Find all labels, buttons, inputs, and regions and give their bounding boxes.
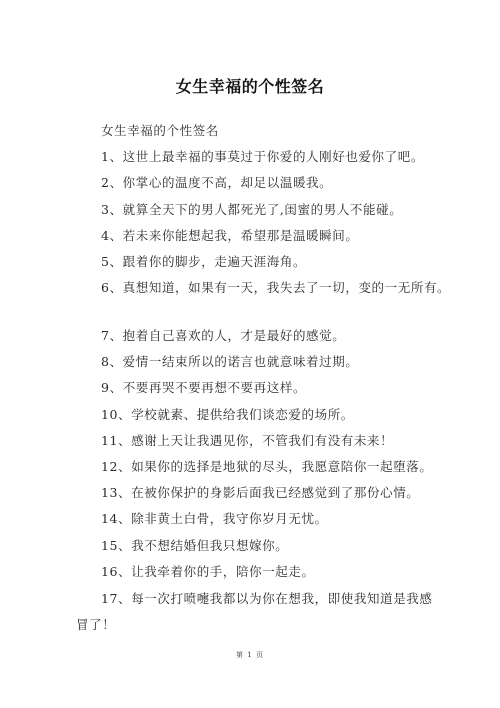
list-item: 2、你掌心的温度不高，却足以温暖我。 <box>101 173 332 191</box>
list-item: 14、除非黄土白骨，我守你岁月无忧。 <box>101 509 328 527</box>
document-title: 女生幸福的个性签名 <box>0 74 500 97</box>
document-page: 女生幸福的个性签名 女生幸福的个性签名 1、这世上最幸福的事莫过于你爱的人刚好也… <box>0 0 500 708</box>
list-item: 7、抱着自己喜欢的人，才是最好的感觉。 <box>101 326 345 344</box>
list-item: 4、若未来你能想起我，希望那是温暖瞬间。 <box>101 226 358 244</box>
list-item: 12、如果你的选择是地狱的尽头，我愿意陪你一起堕落。 <box>101 457 433 475</box>
list-item: 5、跟着你的脚步，走遍天涯海角。 <box>101 252 306 270</box>
list-item: 3、就算全天下的男人都死光了,闺蜜的男人不能碰。 <box>101 200 402 218</box>
list-item: 10、学校就素、提供给我们谈恋爱的场所。 <box>101 405 354 423</box>
list-item: 17、每一次打喷嚏我都以为你在想我，即使我知道是我感 <box>101 589 433 607</box>
list-item: 15、我不想结婚但我只想嫁你。 <box>101 536 288 554</box>
list-item: 16、让我牵着你的手，陪你一起走。 <box>101 562 315 580</box>
page-number: 第 1 页 <box>0 650 500 660</box>
list-item: 13、在被你保护的身影后面我已经感觉到了那份心情。 <box>101 483 419 501</box>
list-item: 6、真想知道，如果有一天，我失去了一切，变的一无所有。 <box>101 278 450 296</box>
list-item: 11、感谢上天让我遇见你，不管我们有没有未来！ <box>101 431 393 449</box>
list-item: 9、不要再哭不要再想不要再这样。 <box>101 378 306 396</box>
list-item: 8、爱情一结束所以的诺言也就意味着过期。 <box>101 352 358 370</box>
list-item-continuation: 冒了！ <box>76 615 115 633</box>
document-subtitle: 女生幸福的个性签名 <box>101 121 219 139</box>
list-item: 1、这世上最幸福的事莫过于你爱的人刚好也爱你了吧。 <box>101 147 424 165</box>
